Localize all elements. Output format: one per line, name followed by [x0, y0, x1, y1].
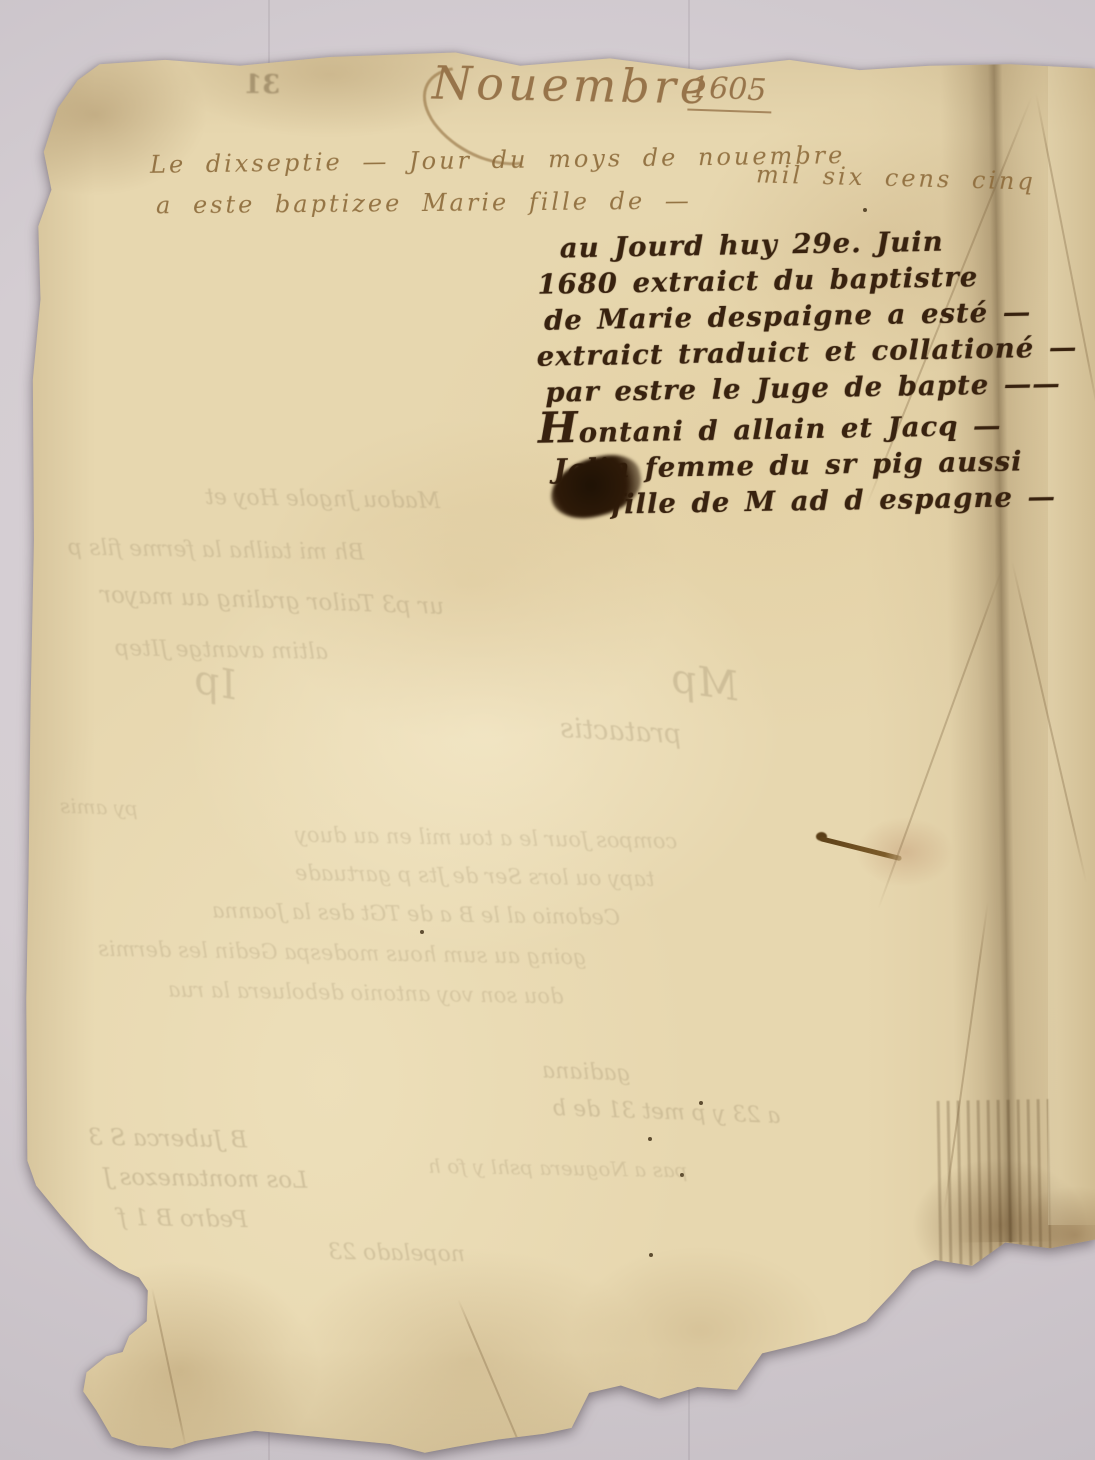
manuscript-shadow-wrap: 31 Nouembre 1605 Le dixseptie — Jour du …	[0, 0, 1095, 1460]
ghost-line: pas a Noguera pshl y fo h	[428, 1154, 688, 1183]
ghost-line: Los montanezos J	[103, 1164, 308, 1194]
ghost-line: Madou Jngole Hoy et	[205, 485, 441, 514]
bleed-through-page-number: 31	[244, 70, 280, 100]
header-year: 1605	[687, 71, 773, 114]
ghost-line: Bh mi tailha la ferme fils p	[68, 535, 365, 565]
header-month: Nouembre	[432, 56, 712, 115]
ink-speck	[420, 930, 424, 934]
ghost-line: pratactis	[559, 713, 682, 750]
ghost-flourish: Mp	[669, 656, 741, 711]
baptism-entry-line-2: a este baptizee Marie fille de —	[156, 187, 692, 220]
ink-speck	[863, 208, 867, 212]
ghost-flourish: Ip	[191, 657, 240, 709]
ghost-line: gadiana	[542, 1058, 632, 1086]
ghost-line: Pedro B 1 f	[118, 1205, 248, 1233]
ghost-line: py amis	[60, 794, 139, 821]
ink-speck	[649, 1253, 653, 1257]
manuscript-page: 31 Nouembre 1605 Le dixseptie — Jour du …	[0, 0, 1095, 1460]
ghost-line: B Juberca S 3	[88, 1125, 248, 1154]
ghost-line: nopelado 23	[328, 1240, 465, 1267]
ink-speck	[648, 1137, 652, 1141]
fold-bottom-staining	[937, 1099, 1052, 1266]
photo-backdrop: 31 Nouembre 1605 Le dixseptie — Jour du …	[0, 0, 1095, 1460]
